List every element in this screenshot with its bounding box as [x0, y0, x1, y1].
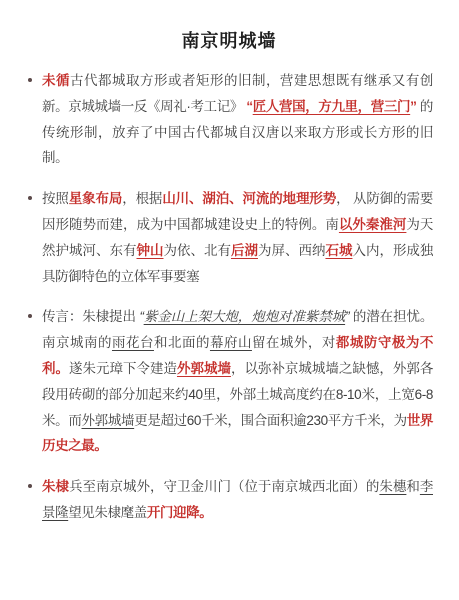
text-segment: ，根据 [122, 191, 162, 206]
bullet-list: 未循古代都城取方形或者矩形的旧制，营建思想既有继承又有创新。京城城墙一反《周礼·… [25, 68, 433, 526]
text-segment: 留在城外，对 [252, 335, 336, 350]
text-segment: 望见朱棣麾盖 [68, 505, 147, 520]
bullet-item-3: 传言：朱棣提出 “紫金山上架大炮，炮炮对准紫禁城” 的潜在担忧。南京城南的雨花台… [25, 304, 433, 459]
document-page: 南京明城墙 未循古代都城取方形或者矩形的旧制，营建思想既有继承又有创新。京城城墙… [0, 0, 459, 600]
text-segment: 和北面的 [154, 335, 210, 350]
text-segment: 外郭城墙 [82, 413, 135, 428]
text-segment: 传言：朱棣提出 [42, 309, 140, 324]
bullet-dot [28, 196, 32, 200]
text-segment: 雨花台 [112, 335, 154, 350]
text-segment: 兵至南京城外，守卫金川门（位于南京城西北面）的 [69, 479, 379, 494]
text-segment: 朱橞 [379, 479, 406, 494]
bullet-text-3: 传言：朱棣提出 “紫金山上架大炮，炮炮对准紫禁城” 的潜在担忧。南京城南的雨花台… [42, 304, 433, 459]
text-segment: 为屏、西纳 [258, 243, 325, 258]
bullet-dot [28, 78, 32, 82]
bullet-text-1: 未循古代都城取方形或者矩形的旧制，营建思想既有继承又有创新。京城城墙一反《周礼·… [42, 68, 433, 171]
text-segment: 石城 [325, 243, 352, 258]
text-segment: 更是超过60千米，围合面积逾230平方千米，为 [134, 413, 407, 428]
bullet-text-2: 按照星象布局，根据山川、湖泊、河流的地理形势， 从防御的需要因形随势而建，成为中… [42, 186, 433, 289]
text-segment: 未循 [42, 73, 70, 88]
bullet-dot [28, 484, 32, 488]
text-segment: 遂朱元璋下令建造 [69, 361, 177, 376]
bullet-dot [28, 314, 32, 318]
text-segment: 为依、北有 [163, 243, 230, 258]
bullet-text-4: 朱棣兵至南京城外，守卫金川门（位于南京城西北面）的朱橞和李景隆望见朱棣麾盖开门迎… [42, 474, 433, 526]
bullet-item-1: 未循古代都城取方形或者矩形的旧制，营建思想既有继承又有创新。京城城墙一反《周礼·… [25, 68, 433, 171]
text-segment: 按照 [42, 191, 69, 206]
bullet-item-4: 朱棣兵至南京城外，守卫金川门（位于南京城西北面）的朱橞和李景隆望见朱棣麾盖开门迎… [25, 474, 433, 526]
text-segment: 和 [406, 479, 420, 494]
text-segment: 紫金山上架大炮，炮炮对准紫禁城 [144, 309, 345, 324]
text-segment: 钟山 [136, 243, 163, 258]
text-segment: 幕府山 [210, 335, 252, 350]
text-segment: 朱棣 [42, 479, 69, 494]
page-title: 南京明城墙 [25, 27, 433, 53]
text-segment: 后湖 [231, 243, 258, 258]
text-segment: 开门迎降。 [147, 505, 213, 520]
text-segment: 山川、湖泊、河流的地理形势 [162, 191, 336, 206]
text-segment: 星象布局 [69, 191, 122, 206]
text-segment: 匠人营国，方九里，营三门 [253, 99, 410, 114]
bullet-item-2: 按照星象布局，根据山川、湖泊、河流的地理形势， 从防御的需要因形随势而建，成为中… [25, 186, 433, 289]
text-segment: 以外秦淮河 [339, 217, 406, 232]
text-segment: 外郭城墙 [177, 361, 231, 376]
